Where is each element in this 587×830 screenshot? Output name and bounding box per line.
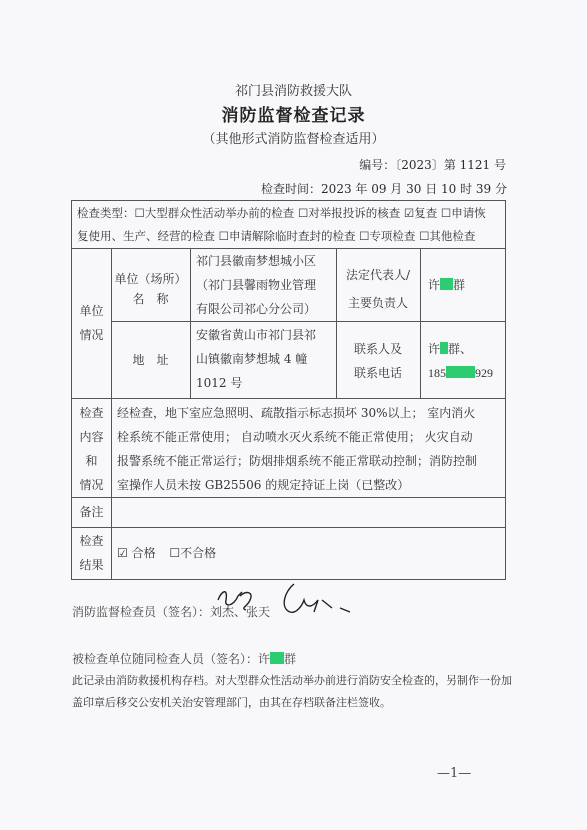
- legal-rep-value: 许群: [428, 273, 465, 298]
- contact-label: 联系人及 联系电话: [336, 337, 420, 385]
- row-divider: [72, 497, 505, 498]
- organization-name: 祁门县消防救援大队: [0, 80, 587, 99]
- result-pass-checkbox[interactable]: ☑ 合格: [117, 546, 156, 560]
- inspection-type-line-1: 检查类型：☐大型群众性活动举办前的检查 ☐对举报投诉的核查 ☑复查 ☐申请恢: [77, 201, 486, 225]
- redaction-mark: [446, 366, 475, 378]
- row-divider: [72, 527, 505, 528]
- result-fail-checkbox[interactable]: ☐不合格: [169, 546, 216, 560]
- contact-value: 许群、 185929: [428, 337, 493, 385]
- unit-name-label: 单位（场所） 名 称: [111, 269, 190, 309]
- address-label: 地 址: [111, 348, 190, 373]
- result-label: 检查 结果: [72, 529, 111, 577]
- page-number: —1—: [437, 766, 471, 781]
- document-number: 编号：〔2023〕第 1121 号: [359, 156, 506, 173]
- inspection-table: 检查类型：☐大型群众性活动举办前的检查 ☐对举报投诉的核查 ☑复查 ☐申请恢 复…: [71, 200, 506, 580]
- row-divider: [72, 398, 505, 399]
- inspected-unit-signature: 被检查单位随同检查人员（签名）：许群: [72, 650, 296, 667]
- row-divider: [111, 321, 505, 322]
- archive-footnote: 此记录由消防救援机构存档。对大型群众性活动举办前进行消防安全检查的，另制作一份加…: [72, 670, 520, 714]
- unit-section-label: 单位 情况: [72, 299, 111, 347]
- redaction-mark: [440, 278, 453, 290]
- inspection-time: 检查时间：2023 年 09 月 30 日 10 时 39 分: [261, 180, 507, 197]
- result-options: ☑ 合格 ☐不合格: [117, 541, 216, 566]
- inspection-type-line-2: 复使用、生产、经营的检查 ☐申请解除临时查封的检查 ☐专项检查 ☐其他检查: [77, 224, 475, 248]
- document-subtitle: （其他形式消防监督检查适用）: [0, 128, 587, 147]
- unit-name-value: 祁门县徽南梦想城小区 （祁门县馨雨物业管理 有限公司祁心分公司）: [196, 249, 316, 321]
- inspector-signature: 消防监督检查员（签名）：刘杰、张天: [72, 603, 270, 620]
- remarks-label: 备注: [72, 500, 111, 525]
- content-label: 检查 内容 和 情况: [72, 401, 111, 497]
- redaction-mark: [440, 342, 448, 354]
- address-value: 安徽省黄山市祁门县祁 山镇徽南梦想城 4 幢 1012 号: [196, 323, 316, 395]
- legal-rep-label: 法定代表人/ 主要负责人: [336, 261, 420, 317]
- content-text: 经检查，地下室应急照明、疏散指示标志损坏 30%以上； 室内消火 栓系统不能正常…: [117, 401, 477, 497]
- col-divider: [190, 248, 191, 398]
- redaction-mark: [270, 652, 284, 664]
- document-title: 消防监督检查记录: [0, 101, 587, 126]
- col-divider: [420, 248, 421, 398]
